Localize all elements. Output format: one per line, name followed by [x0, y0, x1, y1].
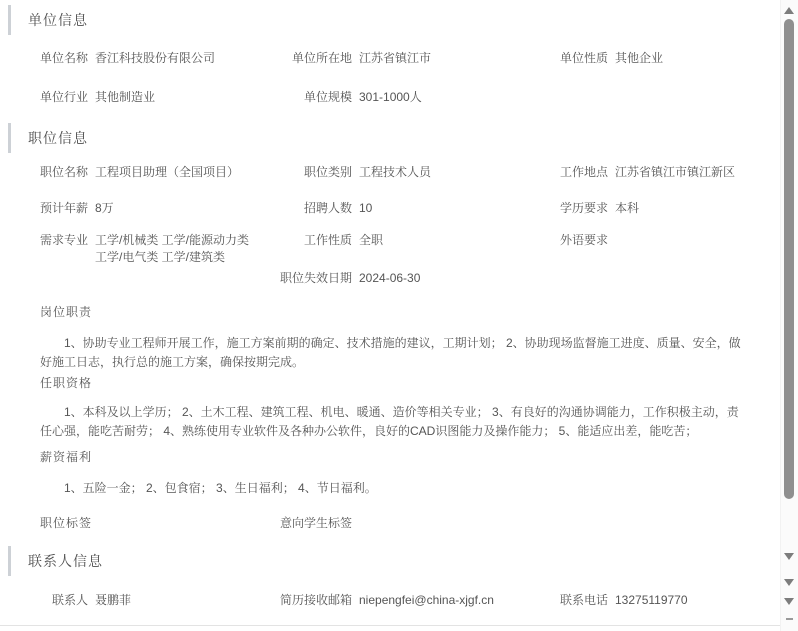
- field-value: 香江科技股份有限公司: [95, 50, 215, 67]
- field-label: 单位所在地: [280, 50, 352, 67]
- qualification-text: 1、本科及以上学历； 2、土木工程、建筑工程、机电、暖通、造价等相关专业； 3、…: [40, 403, 748, 441]
- bottom-divider: [0, 625, 780, 626]
- section-accent-bar: [8, 5, 11, 35]
- field-value: 301-1000人: [359, 89, 422, 106]
- field-contact-email: 简历接收邮箱 niepengfei@china-xjgf.cn: [280, 592, 494, 609]
- field-label: 职位名称: [0, 164, 88, 181]
- field-value: 江苏省镇江市镇江新区: [615, 164, 735, 181]
- field-label: 职位类别: [280, 164, 352, 181]
- block-label-student-tags-cell: 意向学生标签: [280, 515, 352, 532]
- field-value: 江苏省镇江市: [359, 50, 431, 67]
- field-label: 单位名称: [0, 50, 88, 67]
- field-label: 预计年薪: [0, 200, 88, 217]
- field-label: 学历要求: [560, 200, 608, 217]
- field-value: 工程项目助理（全国项目）: [95, 164, 239, 181]
- field-label: 联系电话: [560, 592, 608, 609]
- field-label: 工作性质: [280, 232, 352, 249]
- field-label: 单位规模: [280, 89, 352, 106]
- block-label-duty: 岗位职责: [40, 304, 92, 321]
- field-position-category: 职位类别 工程技术人员: [280, 164, 431, 181]
- vertical-scrollbar[interactable]: [780, 0, 798, 631]
- section-title-unit-info: 单位信息: [28, 10, 88, 30]
- field-value: niepengfei@china-xjgf.cn: [359, 592, 494, 609]
- section-accent-bar: [8, 546, 11, 576]
- field-position-name: 职位名称 工程项目助理（全国项目）: [0, 164, 239, 181]
- field-value: 工程技术人员: [359, 164, 431, 181]
- block-label-student-tags: 意向学生标签: [280, 515, 352, 532]
- field-contact-person: 联系人 聂鹏菲: [0, 592, 131, 609]
- field-value: 聂鹏菲: [95, 592, 131, 609]
- field-unit-name: 单位名称 香江科技股份有限公司: [0, 50, 215, 67]
- field-position-degree: 学历要求 本科: [560, 200, 639, 217]
- field-value: 其他制造业: [95, 89, 155, 106]
- field-label: 外语要求: [560, 232, 608, 249]
- field-position-majors: 需求专业 工学/机械类 工学/能源动力类 工学/电气类 工学/建筑类: [0, 232, 253, 266]
- welfare-text: 1、五险一金； 2、包食宿； 3、生日福利； 4、节日福利。: [40, 479, 748, 498]
- field-position-job-type: 工作性质 全职: [280, 232, 383, 249]
- field-label: 招聘人数: [280, 200, 352, 217]
- field-label: 工作地点: [560, 164, 608, 181]
- field-position-workplace: 工作地点 江苏省镇江市镇江新区: [560, 164, 735, 181]
- field-value: 其他企业: [615, 50, 663, 67]
- field-value: 本科: [615, 200, 639, 217]
- field-position-expire-date: 职位失效日期 2024-06-30: [280, 270, 420, 287]
- section-header-contact-info: 联系人信息: [8, 546, 103, 576]
- section-header-unit-info: 单位信息: [8, 5, 88, 35]
- field-unit-nature: 单位性质 其他企业: [560, 50, 663, 67]
- field-label: 需求专业: [0, 232, 88, 266]
- field-position-headcount: 招聘人数 10: [280, 200, 372, 217]
- job-detail-page: 单位信息 单位名称 香江科技股份有限公司 单位所在地 江苏省镇江市 单位性质 其…: [0, 0, 798, 631]
- field-label: 单位行业: [0, 89, 88, 106]
- field-unit-scale: 单位规模 301-1000人: [280, 89, 422, 106]
- field-value: 全职: [359, 232, 383, 249]
- section-title-contact-info: 联系人信息: [28, 551, 103, 571]
- field-label: 联系人: [0, 592, 88, 609]
- field-value: 8万: [95, 200, 114, 217]
- scroll-down-icon-partial[interactable]: [786, 618, 793, 620]
- field-value: 2024-06-30: [359, 270, 420, 287]
- field-value: 13275119770: [615, 592, 688, 609]
- scroll-down-icon[interactable]: [784, 598, 794, 605]
- scroll-up-icon[interactable]: [784, 7, 794, 14]
- field-label: 职位失效日期: [280, 270, 352, 287]
- section-header-position-info: 职位信息: [8, 123, 88, 153]
- block-label-qualification: 任职资格: [40, 375, 92, 392]
- block-label-position-tags: 职位标签: [40, 515, 92, 532]
- section-accent-bar: [8, 123, 11, 153]
- duty-text: 1、协助专业工程师开展工作，施工方案前期的确定、技术措施的建议，工期计划； 2、…: [40, 334, 748, 372]
- field-label: 单位性质: [560, 50, 608, 67]
- field-unit-industry: 单位行业 其他制造业: [0, 89, 155, 106]
- field-value: 工学/机械类 工学/能源动力类 工学/电气类 工学/建筑类: [95, 232, 253, 266]
- field-unit-location: 单位所在地 江苏省镇江市: [280, 50, 431, 67]
- scroll-down-icon[interactable]: [784, 579, 794, 586]
- field-position-salary: 预计年薪 8万: [0, 200, 114, 217]
- field-contact-phone: 联系电话 13275119770: [560, 592, 688, 609]
- field-value: 10: [359, 200, 372, 217]
- section-title-position-info: 职位信息: [28, 128, 88, 148]
- scroll-down-icon[interactable]: [784, 553, 794, 560]
- field-position-language: 外语要求: [560, 232, 615, 249]
- block-label-welfare: 薪资福利: [40, 449, 92, 466]
- scrollbar-thumb[interactable]: [784, 19, 794, 499]
- field-label: 简历接收邮箱: [280, 592, 352, 609]
